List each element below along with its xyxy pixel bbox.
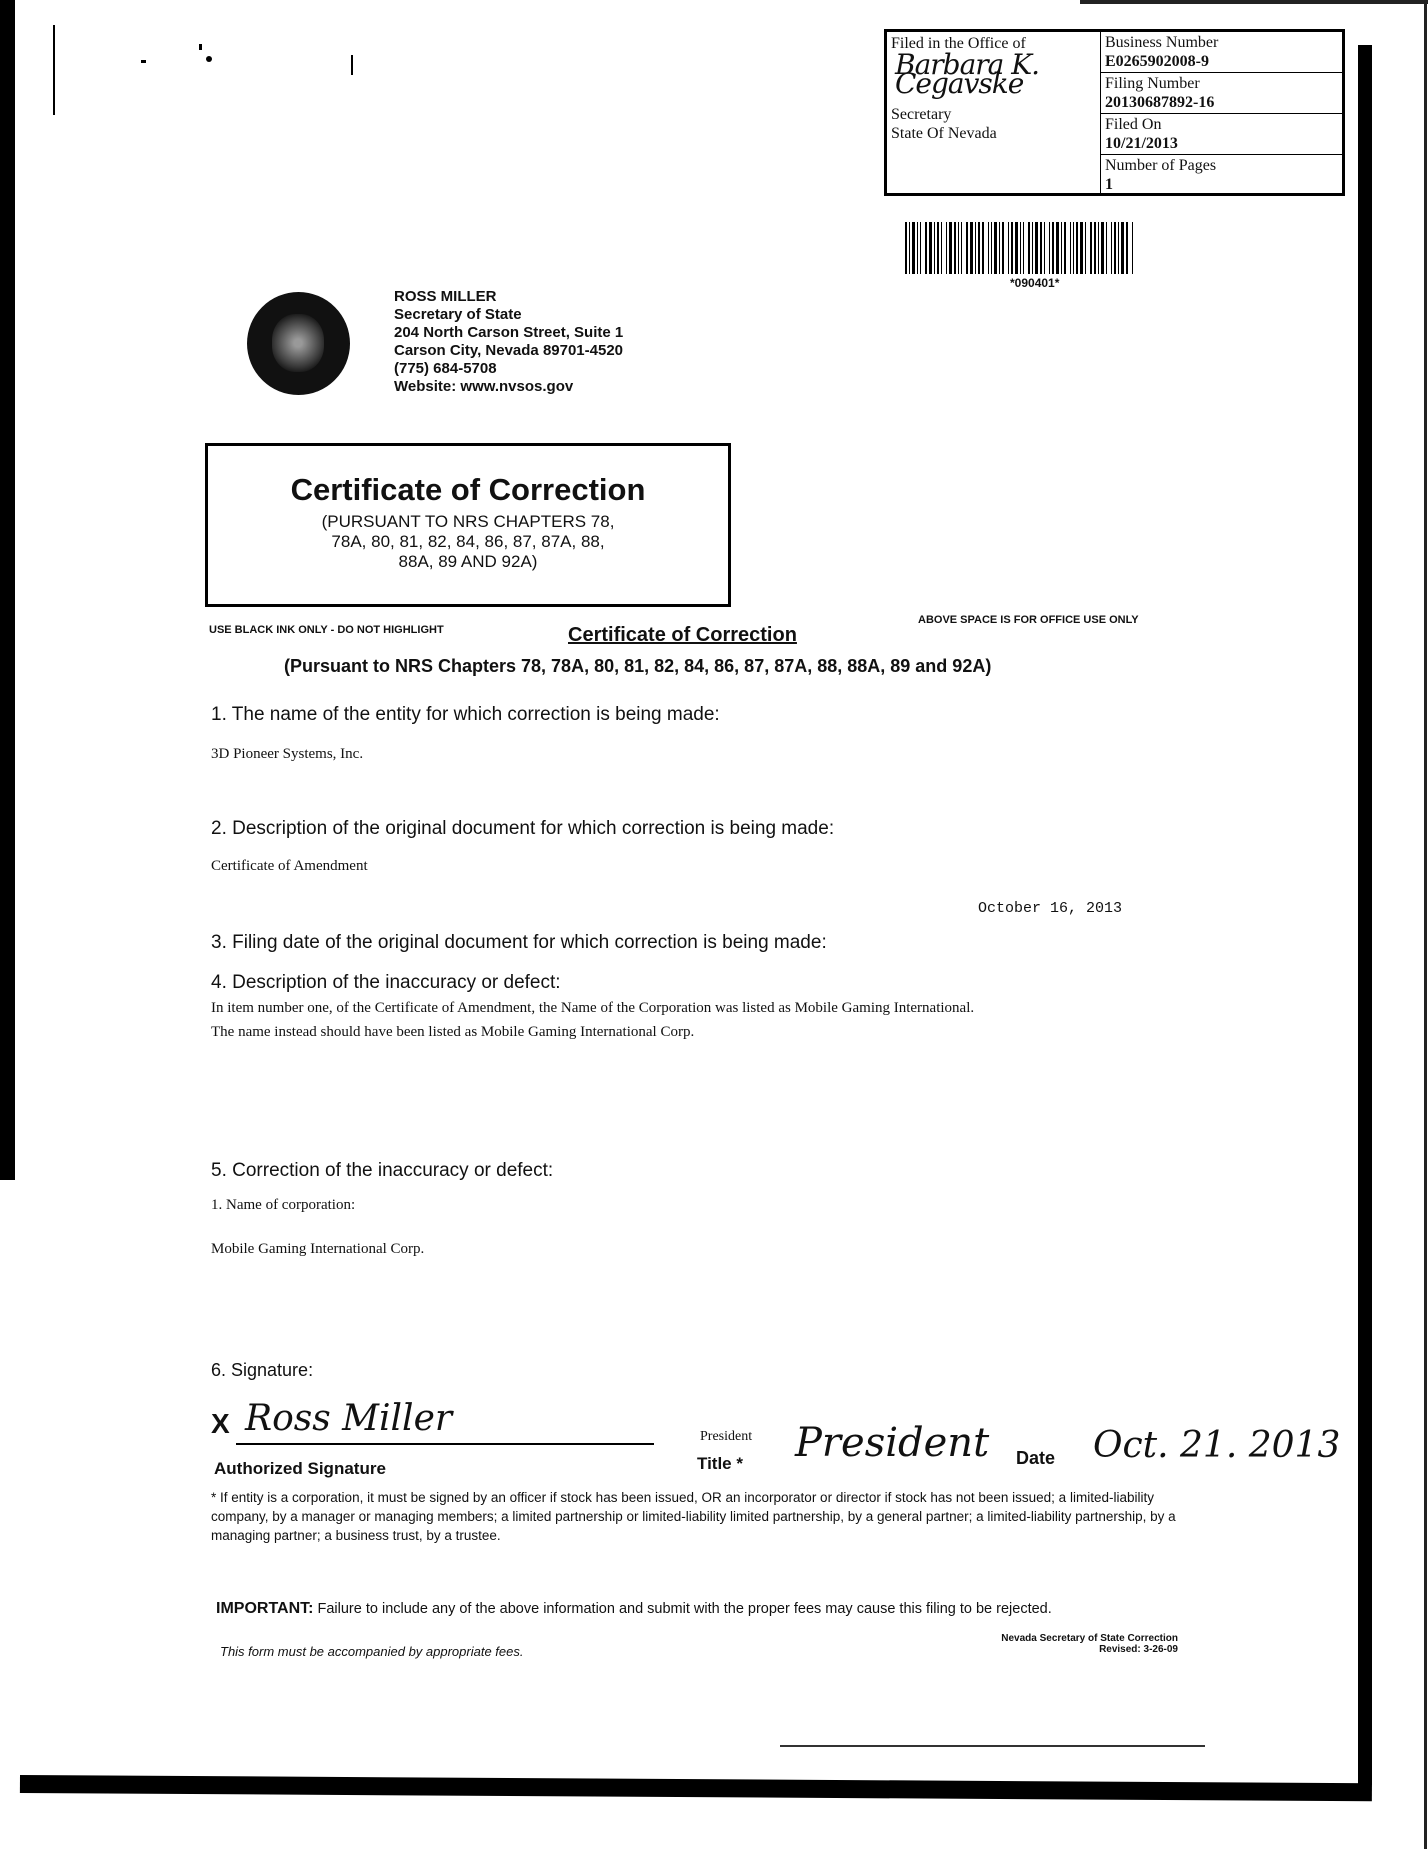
office-phone: (775) 684-5708 [394, 360, 623, 378]
office-left-column: Filed in the Office of Barbara K. Cegavs… [887, 32, 1101, 193]
subtitle-line: (PURSUANT TO NRS CHAPTERS 78, [208, 512, 728, 532]
secretary-title: Secretary of State [394, 306, 623, 324]
barcode-bar [1044, 222, 1045, 274]
fees-note: This form must be accompanied by appropr… [220, 1644, 523, 1659]
barcode-bar [925, 222, 927, 274]
barcode-bar [934, 222, 935, 274]
barcode-bar [999, 222, 1000, 274]
barcode-bar [994, 222, 997, 274]
subtitle-line: 78A, 80, 81, 82, 84, 86, 87, 87A, 88, [208, 532, 728, 552]
scan-mark [53, 25, 55, 115]
signature-footnote: * If entity is a corporation, it must be… [211, 1488, 1201, 1545]
revision-date: Revised: 3-26-09 [958, 1644, 1178, 1655]
scan-mark [199, 44, 202, 50]
barcode-number: *090401* [1010, 276, 1059, 290]
barcode-bar [966, 222, 968, 274]
secretary-label: Secretary [891, 105, 1096, 124]
important-notice: IMPORTANT: Failure to include any of the… [216, 1600, 1052, 1618]
barcode-bar [917, 222, 918, 274]
barcode-bar [1118, 222, 1119, 274]
barcode-bar [1064, 222, 1066, 274]
date-handwritten: Oct. 21. 2013 [1093, 1425, 1340, 1466]
office-use-notice: ABOVE SPACE IS FOR OFFICE USE ONLY [918, 614, 1139, 626]
scan-edge-left [0, 0, 15, 1180]
important-text: Failure to include any of the above info… [318, 1601, 1052, 1617]
barcode-bar [1085, 222, 1086, 274]
item-2-answer: Certificate of Amendment [211, 858, 368, 875]
scan-edge-right-thin [1424, 0, 1427, 1849]
barcode-bar [1028, 222, 1030, 274]
barcode-bar [941, 222, 942, 274]
barcode-bar [970, 222, 973, 274]
barcode-bar [1090, 222, 1092, 274]
barcode-bar [1049, 222, 1050, 274]
barcode-bar [905, 222, 907, 274]
office-website: Website: www.nvsos.gov [394, 378, 623, 396]
scan-edge-right [1358, 45, 1372, 1785]
title-typed: President [700, 1429, 752, 1445]
item-4-question: 4. Description of the inaccuracy or defe… [211, 972, 561, 994]
barcode-bar [929, 222, 932, 274]
item-4-answer-line: The name instead should have been listed… [211, 1024, 694, 1041]
item-3-answer: October 16, 2013 [978, 900, 1122, 917]
item-1-question: 1. The name of the entity for which corr… [211, 704, 720, 726]
barcode-bar [1080, 222, 1083, 274]
scan-edge-top [1080, 0, 1428, 4]
ink-notice: USE BLACK INK ONLY - DO NOT HIGHLIGHT [209, 624, 444, 636]
revision-line: Nevada Secretary of State Correction [958, 1633, 1178, 1644]
barcode-bar [1040, 222, 1042, 274]
barcode-bar [978, 222, 980, 274]
barcode-bar [1015, 222, 1018, 274]
filed-on-value: 10/21/2013 [1105, 135, 1178, 152]
barcode-bar [1008, 222, 1009, 274]
office-right-column: Business Number E0265902008-9 Filing Num… [1101, 32, 1342, 193]
barcode-bar [946, 222, 947, 274]
barcode-bar [975, 222, 976, 274]
state-seal-icon [247, 292, 350, 395]
handwritten-signature: Ross Miller [245, 1398, 452, 1439]
signature-x-mark: X [211, 1408, 230, 1440]
office-street: 204 North Carson Street, Suite 1 [394, 324, 623, 342]
filed-on-cell: Filed On 10/21/2013 [1101, 114, 1342, 155]
barcode-bar [988, 222, 989, 274]
date-label: Date [1016, 1448, 1055, 1469]
barcode-bar [1106, 222, 1107, 274]
certificate-subtitle: (PURSUANT TO NRS CHAPTERS 78, 78A, 80, 8… [208, 512, 728, 572]
barcode-bar [1056, 222, 1059, 274]
barcode-bar [1132, 222, 1133, 274]
barcode-bar [991, 222, 992, 274]
barcode-bar [1011, 222, 1013, 274]
item-5-answer: Mobile Gaming International Corp. [211, 1241, 424, 1258]
scan-mark [351, 55, 353, 75]
item-5-sublabel: 1. Name of corporation: [211, 1197, 355, 1214]
scan-edge-bottom [20, 1775, 1372, 1801]
business-number-cell: Business Number E0265902008-9 [1101, 32, 1342, 73]
barcode-bar [1052, 222, 1054, 274]
barcode-bar [1023, 222, 1024, 274]
footer-rule [780, 1745, 1205, 1747]
title-handwritten: President [795, 1420, 989, 1466]
item-4-answer-line: In item number one, of the Certificate o… [211, 1000, 974, 1017]
barcode-bar [1101, 222, 1104, 274]
official-signature: Barbara K. Cegavske [895, 55, 1096, 93]
item-1-answer: 3D Pioneer Systems, Inc. [211, 746, 363, 763]
barcode-bar [949, 222, 952, 274]
barcode-bar [1035, 222, 1038, 274]
form-pursuant: (Pursuant to NRS Chapters 78, 78A, 80, 8… [284, 656, 991, 677]
barcode-bar [982, 222, 984, 274]
barcode-bar [920, 222, 921, 274]
page-count-value: 1 [1105, 176, 1113, 193]
barcode-bar [1076, 222, 1078, 274]
business-number-value: E0265902008-9 [1105, 53, 1209, 70]
signature-label: 6. Signature: [211, 1360, 313, 1381]
filing-number-value: 20130687892-16 [1105, 94, 1214, 111]
barcode-bar [1002, 222, 1004, 274]
revision-info: Nevada Secretary of State Correction Rev… [958, 1633, 1178, 1655]
barcode-bar [1094, 222, 1096, 274]
barcode-bar [1098, 222, 1099, 274]
authorized-signature-label: Authorized Signature [214, 1459, 386, 1479]
barcode-bar [1073, 222, 1074, 274]
office-city: Carson City, Nevada 89701-4520 [394, 342, 623, 360]
barcode-bar [1111, 222, 1112, 274]
barcode-bar [958, 222, 959, 274]
barcode-bar [1126, 222, 1128, 274]
item-5-question: 5. Correction of the inaccuracy or defec… [211, 1160, 553, 1182]
certificate-title-box: Certificate of Correction (PURSUANT TO N… [205, 443, 731, 607]
barcode-bar [1070, 222, 1071, 274]
office-filing-box: Filed in the Office of Barbara K. Cegavs… [884, 29, 1345, 196]
form-title: Certificate of Correction [568, 624, 797, 647]
barcode-bar [909, 222, 910, 274]
page-count-cell: Number of Pages 1 [1101, 155, 1342, 195]
state-label: State Of Nevada [891, 124, 1096, 143]
barcode [905, 222, 1183, 274]
barcode-bar [1061, 222, 1062, 274]
page-count-label: Number of Pages [1105, 156, 1338, 175]
certificate-title: Certificate of Correction [208, 472, 728, 508]
item-3-question: 3. Filing date of the original document … [211, 932, 827, 954]
important-label: IMPORTANT: [216, 1600, 313, 1617]
filing-number-label: Filing Number [1105, 74, 1338, 93]
scan-mark [141, 60, 146, 63]
barcode-bar [1121, 222, 1124, 274]
barcode-bar [954, 222, 956, 274]
signature-line [236, 1443, 654, 1445]
barcode-bar [1020, 222, 1021, 274]
scan-mark [206, 56, 212, 62]
barcode-bar [937, 222, 939, 274]
letterhead: ROSS MILLER Secretary of State 204 North… [394, 288, 623, 396]
barcode-bar [961, 222, 962, 274]
barcode-bar [1032, 222, 1033, 274]
business-number-label: Business Number [1105, 33, 1338, 52]
secretary-name: ROSS MILLER [394, 288, 623, 306]
barcode-bar [1114, 222, 1116, 274]
item-2-question: 2. Description of the original document … [211, 818, 834, 840]
subtitle-line: 88A, 89 AND 92A) [208, 552, 728, 572]
barcode-bar [912, 222, 915, 274]
filing-number-cell: Filing Number 20130687892-16 [1101, 73, 1342, 114]
filed-on-label: Filed On [1105, 115, 1338, 134]
title-label: Title * [697, 1454, 743, 1474]
